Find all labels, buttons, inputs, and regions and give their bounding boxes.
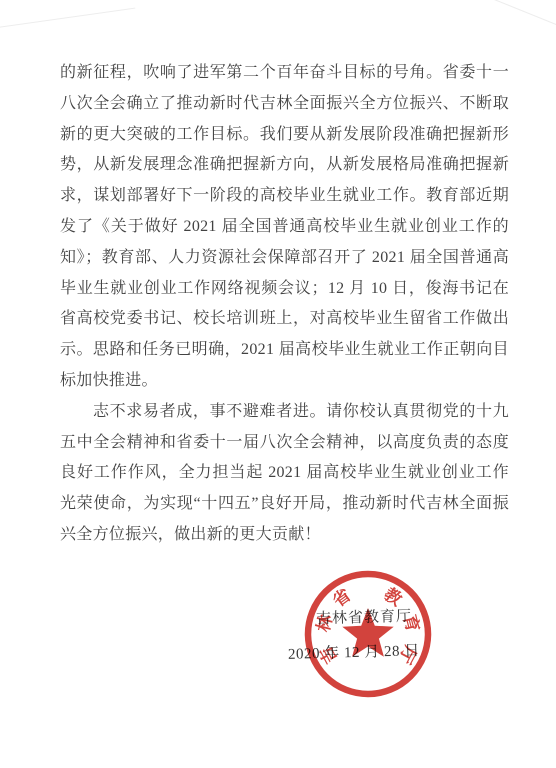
seal-ring-char: 林: [313, 611, 337, 633]
body-text-line: 知》；教育部、人力资源社会保障部召开了 2021 届全国普通高校: [60, 243, 509, 274]
body-text-line: 求，谋划部署好下一阶段的高校毕业生就业工作。教育部近期下: [60, 181, 509, 212]
seal-ring-char: 育: [400, 612, 424, 633]
body-text-line: 良好工作作风，全力担当起 2021 届高校毕业生就业创业工作的: [60, 458, 509, 489]
official-seal-icon: 吉 林 省 教 育 厅: [284, 546, 454, 716]
body-text-line: 志不求易者成，事不避难者进。请你校认真贯彻党的十九届: [60, 397, 509, 428]
body-text-line: 光荣使命，为实现“十四五”良好开局，推动新时代吉林全面振: [60, 489, 509, 520]
seal-ring-char: 厅: [395, 642, 420, 667]
page-edge-artifact: [472, 0, 556, 27]
body-text-line: 五中全会精神和省委十一届八次全会精神，以高度负责的态度和: [60, 428, 509, 459]
body-text: 的新征程，吹响了进军第二个百年奋斗目标的号角。省委十一届 八次全会确立了推动新时…: [60, 58, 509, 551]
body-text-line: 毕业生就业创业工作网络视频会议；12 月 10 日，俊海书记在全: [60, 274, 509, 305]
body-text-line: 新的更大突破的工作目标。我们要从新发展阶段准确把握新形: [60, 120, 509, 151]
body-text-line: 势，从新发展理念准确把握新方向，从新发展格局准确把握新要: [60, 150, 509, 181]
body-text-line: 发了《关于做好 2021 届全国普通高校毕业生就业创业工作的通: [60, 212, 509, 243]
document-page: 的新征程，吹响了进军第二个百年奋斗目标的号角。省委十一届 八次全会确立了推动新时…: [0, 0, 556, 768]
body-text-line: 的新征程，吹响了进军第二个百年奋斗目标的号角。省委十一届: [60, 58, 509, 89]
body-text-line: 示。思路和任务已明确，2021 届高校毕业生就业工作正朝向目: [60, 335, 509, 366]
seal-star-icon: [342, 608, 393, 657]
body-text-line: 八次全会确立了推动新时代吉林全面振兴全方位振兴、不断取得: [60, 89, 509, 120]
body-text-line: 省高校党委书记、校长培训班上，对高校毕业生留省工作做出指: [60, 304, 509, 335]
body-text-line: 标加快推进。: [60, 366, 509, 397]
page-edge-artifact: [0, 8, 135, 30]
